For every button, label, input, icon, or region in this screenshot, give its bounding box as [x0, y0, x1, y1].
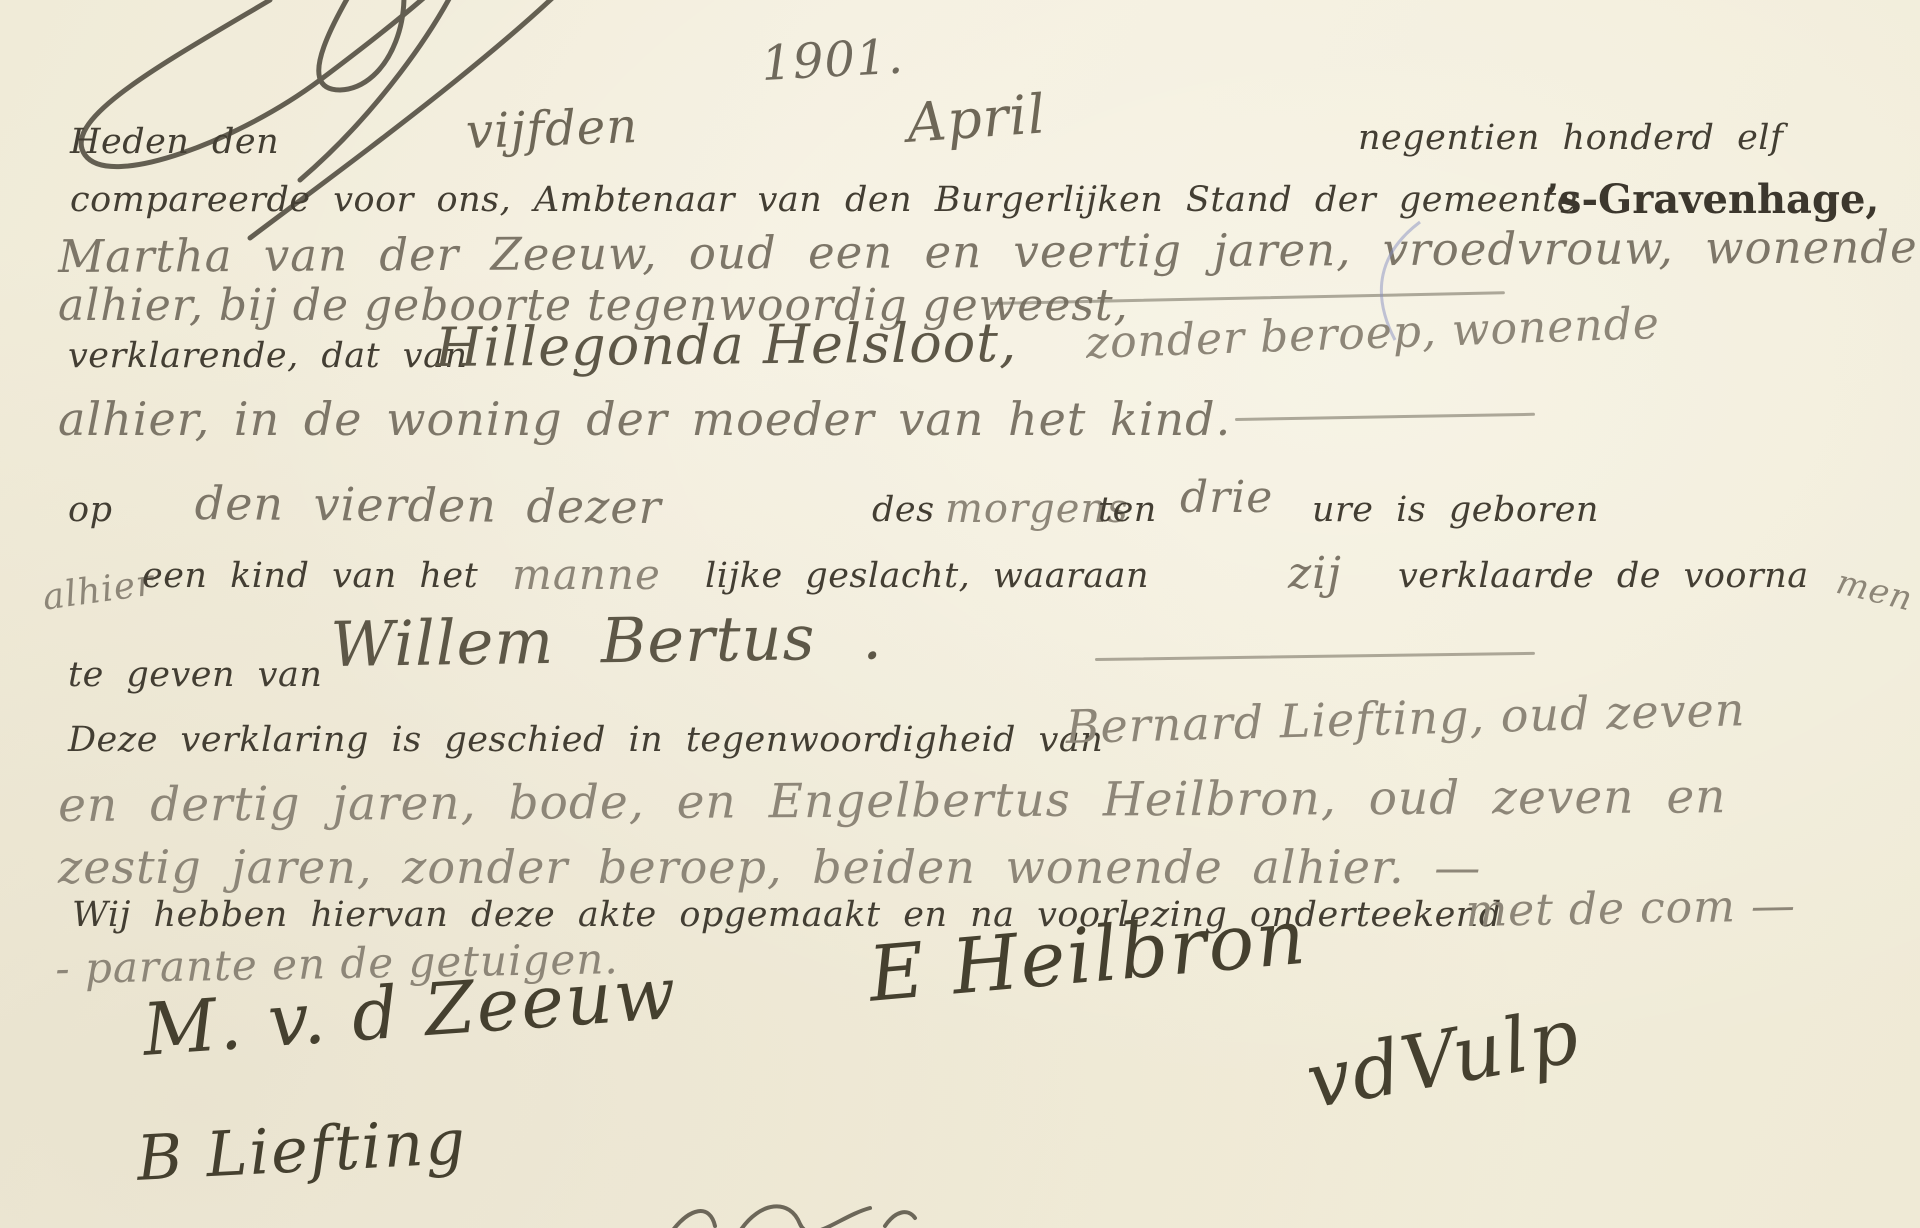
hand-gender: manne — [512, 550, 661, 599]
hand-mother-residence: alhier, in de woning der moeder van het … — [58, 392, 1231, 446]
signature-witness1: B Liefting — [135, 1105, 469, 1195]
pen-stroke-rule — [1095, 652, 1535, 661]
hand-closing-line1: met de com — — [1465, 880, 1796, 937]
printed-verklarende: verklarende, dat van — [68, 336, 467, 376]
hand-witness-line1: Bernard Liefting, oud zeven — [1065, 682, 1746, 754]
hand-birth-day: den vierden dezer — [195, 476, 662, 534]
printed-child-c: verklaarde de voorna — [1398, 556, 1809, 596]
birth-certificate-scan: 1901. Heden den vijfden April negentien … — [0, 0, 1920, 1228]
printed-ure-is-geboren: ure is geboren — [1312, 490, 1599, 530]
hand-month: April — [905, 82, 1048, 155]
municipality-name: ’s-Gravenhage, — [1545, 176, 1879, 223]
hand-witness-line3: zestig jaren, zonder beroep, beiden wone… — [58, 840, 1481, 894]
hand-pronoun: zij — [1288, 548, 1342, 599]
hand-declarant-line1: Martha van der Zeeuw, oud een en veertig… — [58, 220, 1918, 283]
printed-op: op — [68, 490, 112, 530]
printed-witness-intro: Deze verklaring is geschied in tegenwoor… — [68, 720, 1103, 760]
hand-witness-line2: en dertig jaren, bode, en Engelbertus He… — [58, 769, 1727, 833]
partial-signature-mark — [660, 1196, 920, 1228]
printed-child-a: een kind van het — [142, 556, 478, 596]
printed-registrar-line: compareerde voor ons, Ambtenaar van den … — [70, 180, 1578, 220]
printed-heden-den: Heden den — [70, 122, 279, 162]
hand-hour: drie — [1180, 472, 1273, 523]
printed-des: des — [872, 490, 935, 530]
printed-child-b: lijke geslacht, waaraan — [705, 556, 1149, 596]
hand-mother-name: Hillegonda Helsloot, — [435, 311, 1017, 379]
printed-year-words: negentien honderd elf — [1358, 118, 1783, 158]
printed-ten: ten — [1098, 490, 1157, 530]
hand-child-names: Willem Bertus . — [330, 600, 883, 681]
hand-day: vijfden — [465, 98, 639, 160]
printed-te-geven-van: te geven van — [68, 655, 322, 695]
hand-mother-occupation: zonder beroep, wonende — [1085, 298, 1661, 369]
signature-registrar: vdVulp — [1300, 990, 1587, 1125]
hand-alhier-margin: alhier — [40, 562, 157, 618]
hand-voornamen-suffix: men — [1832, 562, 1917, 620]
pen-stroke-rule — [1235, 413, 1535, 421]
act-number: 1901. — [760, 29, 905, 92]
